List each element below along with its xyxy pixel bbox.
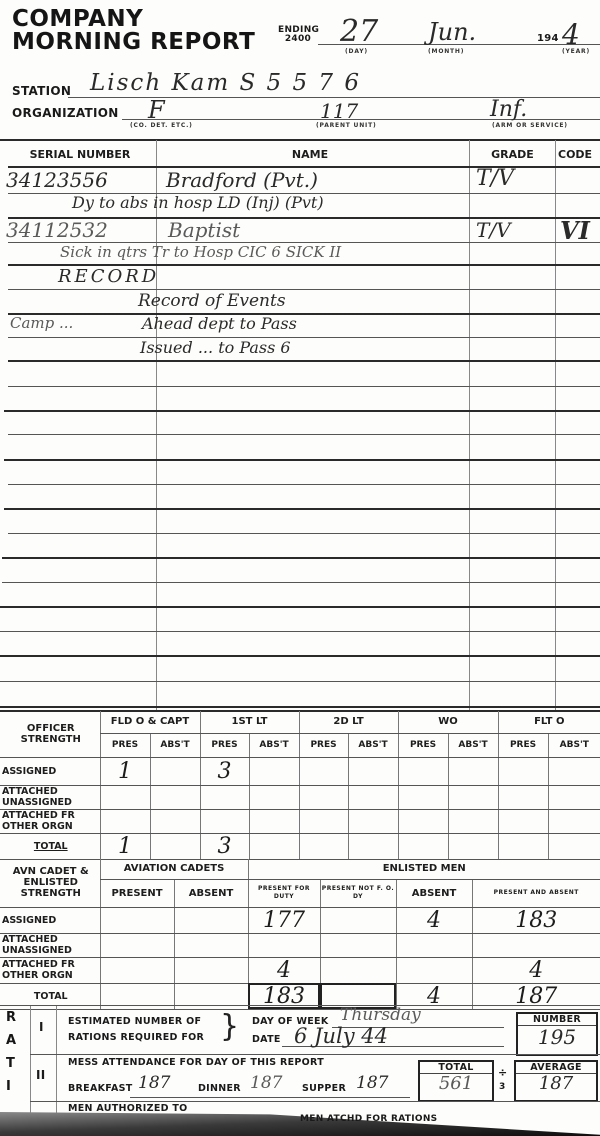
- day-of-week-value[interactable]: Thursday: [340, 1005, 421, 1025]
- subhead-pres: PRES: [398, 733, 448, 757]
- officer-strength-table: OFFICER STRENGTH FLD O & CAPT 1ST LT 2D …: [0, 711, 600, 860]
- enlisted-cell[interactable]: [320, 933, 396, 957]
- entry-1-serial[interactable]: 34123556: [6, 168, 108, 192]
- month-caption: (MONTH): [428, 48, 464, 55]
- rations-bottom-rule: [30, 1101, 600, 1102]
- men-authorized-label: MEN AUTHORIZED TO: [68, 1103, 188, 1114]
- row-label: TOTAL: [0, 833, 100, 859]
- officer-cell[interactable]: [398, 785, 448, 809]
- group-aviation-cadets: AVIATION CADETS: [100, 859, 248, 879]
- subhead-abst: ABS'T: [249, 733, 299, 757]
- enlisted-cell[interactable]: [320, 907, 396, 933]
- subhead-absent: ABSENT: [396, 879, 472, 907]
- breakfast-value[interactable]: 187: [138, 1073, 170, 1093]
- subhead-absent: ABSENT: [174, 879, 248, 907]
- ruled-line: [8, 313, 600, 315]
- divide-icon: ÷: [498, 1066, 508, 1079]
- parent-unit-caption: (PARENT UNIT): [316, 122, 377, 129]
- enlisted-cell[interactable]: [174, 933, 248, 957]
- officer-cell[interactable]: [548, 757, 600, 785]
- officer-cell[interactable]: 1: [100, 833, 150, 859]
- number-box: NUMBER 195: [516, 1012, 598, 1056]
- entry-3-serial[interactable]: 34112532: [6, 218, 108, 242]
- subhead-abst: ABS'T: [448, 733, 498, 757]
- officer-cell[interactable]: [398, 757, 448, 785]
- subhead-pres: PRES: [100, 733, 150, 757]
- arm-caption: (ARM OR SERVICE): [492, 122, 568, 129]
- officer-cell[interactable]: [348, 833, 398, 859]
- station-label: STATION: [12, 84, 71, 98]
- divider-grade-code: [555, 140, 556, 710]
- officer-cell[interactable]: [448, 833, 498, 859]
- officer-cell[interactable]: [249, 809, 299, 833]
- officer-cell[interactable]: [249, 785, 299, 809]
- total-box: TOTAL 561: [418, 1060, 494, 1102]
- officer-cell[interactable]: 3: [200, 833, 249, 859]
- row-label: ASSIGNED: [0, 907, 100, 933]
- enlisted-cell[interactable]: [396, 957, 472, 983]
- ruled-line: [8, 484, 600, 485]
- day-caption: (DAY): [345, 48, 368, 55]
- enlisted-cell[interactable]: 4: [472, 957, 600, 983]
- dinner-label: DINNER: [198, 1083, 241, 1094]
- officer-cell[interactable]: [150, 785, 200, 809]
- row-label: ATTACHED UNASSIGNED: [0, 933, 100, 957]
- entry-1-grade[interactable]: T/V: [476, 166, 514, 191]
- officer-cell[interactable]: [200, 809, 249, 833]
- officer-cell[interactable]: [299, 757, 348, 785]
- divider-serial-name: [156, 140, 157, 710]
- ruled-line: [8, 337, 600, 338]
- officer-cell[interactable]: [100, 785, 150, 809]
- entry-3-grade[interactable]: T/V: [476, 218, 511, 242]
- rations-letter-t: T: [6, 1056, 15, 1071]
- organization-label: ORGANIZATION: [12, 106, 119, 120]
- row-label: ATTACHED UNASSIGNED: [0, 785, 100, 809]
- group-flt-o: FLT O: [498, 711, 600, 733]
- enlisted-cell[interactable]: [100, 933, 174, 957]
- ruled-line: [4, 459, 600, 461]
- officer-cell[interactable]: [299, 809, 348, 833]
- enlisted-cell[interactable]: [100, 907, 174, 933]
- group-fld-o-capt: FLD O & CAPT: [100, 711, 200, 733]
- officer-cell[interactable]: [548, 833, 600, 859]
- subhead-abst: ABS'T: [548, 733, 600, 757]
- column-header-grade: GRADE: [470, 148, 555, 161]
- subhead-present-for-duty: PRESENT FOR DUTY: [248, 879, 320, 907]
- ruled-line: [8, 386, 600, 387]
- officer-cell[interactable]: [348, 785, 398, 809]
- officer-cell[interactable]: [348, 757, 398, 785]
- enlisted-cell[interactable]: [248, 933, 320, 957]
- ruled-line: [8, 533, 600, 534]
- ruled-line: [2, 582, 600, 583]
- entry-5-serial[interactable]: RECORD: [58, 266, 159, 287]
- subhead-pres: PRES: [498, 733, 548, 757]
- supper-label: SUPPER: [302, 1083, 346, 1094]
- ruled-line: [4, 410, 600, 412]
- officer-row-total: TOTAL 1 3: [0, 833, 600, 859]
- enlisted-row-assigned: ASSIGNED 177 4 183: [0, 907, 600, 933]
- enlisted-cell[interactable]: [174, 907, 248, 933]
- meals-underline: [130, 1097, 410, 1098]
- breakfast-label: BREAKFAST: [68, 1083, 133, 1094]
- entry-8-name[interactable]: Issued ... to Pass 6: [140, 338, 291, 357]
- officer-cell[interactable]: [200, 785, 249, 809]
- divisor: 3: [499, 1082, 506, 1092]
- rations-letter-a: A: [6, 1033, 16, 1048]
- officer-strength-title: OFFICER STRENGTH: [0, 711, 100, 757]
- enlisted-cell[interactable]: [100, 957, 174, 983]
- officer-cell[interactable]: [299, 833, 348, 859]
- top-rule: [0, 139, 600, 141]
- officer-cell[interactable]: [150, 833, 200, 859]
- group-1st-lt: 1ST LT: [200, 711, 299, 733]
- entry-3-code[interactable]: VI: [560, 216, 590, 245]
- officer-cell[interactable]: [448, 785, 498, 809]
- subhead-pres: PRES: [299, 733, 348, 757]
- report-day[interactable]: 27: [340, 14, 378, 49]
- officer-cell[interactable]: 1: [100, 757, 150, 785]
- officer-row-attached-other: ATTACHED FR OTHER ORGN: [0, 809, 600, 833]
- officer-row-attached-unassigned: ATTACHED UNASSIGNED: [0, 785, 600, 809]
- report-year[interactable]: 4: [562, 18, 580, 51]
- officer-cell[interactable]: [398, 833, 448, 859]
- enlisted-strength-table: AVN CADET & ENLISTED STRENGTH AVIATION C…: [0, 859, 600, 1010]
- mess-attendance-label: MESS ATTENDANCE FOR DAY OF THIS REPORT: [68, 1057, 324, 1068]
- dinner-value[interactable]: 187: [250, 1073, 282, 1093]
- rations-letter-i: I: [6, 1079, 11, 1094]
- report-month[interactable]: Jun.: [428, 18, 476, 46]
- rations-letter-r: R: [6, 1010, 16, 1025]
- officer-cell[interactable]: [299, 785, 348, 809]
- divider-name-grade: [469, 140, 470, 710]
- column-header-code: CODE: [558, 148, 600, 161]
- enlisted-cell[interactable]: [472, 933, 600, 957]
- column-header-serial: SERIAL NUMBER: [10, 148, 150, 161]
- subhead-abst: ABS'T: [150, 733, 200, 757]
- row-label: ASSIGNED: [0, 757, 100, 785]
- ruled-line: [4, 508, 600, 510]
- ruled-line: [2, 557, 600, 559]
- enlisted-strength-title: AVN CADET & ENLISTED STRENGTH: [0, 859, 100, 907]
- ruled-line: [0, 655, 600, 657]
- section-numeral-2: II: [36, 1068, 46, 1082]
- entry-3-name[interactable]: Baptist: [168, 218, 240, 242]
- subhead-abst: ABS'T: [348, 733, 398, 757]
- subhead-present-and-absent: PRESENT AND ABSENT: [472, 879, 600, 907]
- date-label: DATE: [252, 1034, 281, 1045]
- officer-cell[interactable]: [249, 757, 299, 785]
- organization-company[interactable]: F: [148, 96, 165, 124]
- form-title-line2: MORNING REPORT: [12, 29, 255, 55]
- ending-label-line2: 2400: [278, 35, 318, 44]
- column-header-name: NAME: [155, 148, 465, 161]
- officer-cell[interactable]: 3: [200, 757, 249, 785]
- ruled-line: [0, 606, 600, 608]
- enlisted-cell[interactable]: 177: [248, 907, 320, 933]
- total-value[interactable]: 561: [420, 1074, 492, 1094]
- year-prefix: 194: [537, 33, 559, 44]
- enlisted-cell[interactable]: 4: [248, 957, 320, 983]
- group-2d-lt: 2D LT: [299, 711, 398, 733]
- officer-cell[interactable]: [448, 757, 498, 785]
- average-box: AVERAGE 187: [514, 1060, 598, 1102]
- enlisted-cell[interactable]: [174, 957, 248, 983]
- enlisted-cell[interactable]: [396, 933, 472, 957]
- ruled-line: [8, 434, 600, 435]
- officer-cell[interactable]: [348, 809, 398, 833]
- station-value[interactable]: Lisch Kam S 5 5 7 6: [90, 70, 361, 96]
- enlisted-cell[interactable]: [320, 957, 396, 983]
- ruled-line: [8, 360, 600, 362]
- officer-cell[interactable]: [448, 809, 498, 833]
- officer-cell[interactable]: [498, 809, 548, 833]
- ending-label: ENDING 2400: [278, 26, 318, 44]
- enlisted-cell[interactable]: 4: [396, 907, 472, 933]
- officer-cell[interactable]: [249, 833, 299, 859]
- enlisted-row-attached-unassigned: ATTACHED UNASSIGNED: [0, 933, 600, 957]
- organization-parent-unit[interactable]: 117: [320, 99, 358, 123]
- ruled-line: [0, 706, 600, 708]
- entry-4-name[interactable]: Sick in qtrs Tr to Hosp CIC 6 SICK II: [60, 243, 341, 261]
- enlisted-row-attached-other: ATTACHED FR OTHER ORGN 4 4: [0, 957, 600, 983]
- officer-cell[interactable]: [150, 757, 200, 785]
- average-value[interactable]: 187: [516, 1074, 596, 1094]
- rations-date-value[interactable]: 6 July 44: [294, 1024, 388, 1048]
- officer-cell[interactable]: [398, 809, 448, 833]
- rations-top-rule: [0, 1005, 600, 1006]
- organization-arm[interactable]: Inf.: [490, 97, 527, 122]
- company-caption: (CO. DET. ETC.): [130, 122, 193, 129]
- brace-icon: }: [220, 1012, 239, 1042]
- supper-value[interactable]: 187: [356, 1073, 388, 1093]
- entry-6-name[interactable]: Record of Events: [138, 291, 286, 311]
- ruled-line: [0, 631, 600, 632]
- row-label: ATTACHED FR OTHER ORGN: [0, 957, 100, 983]
- group-enlisted-men: ENLISTED MEN: [248, 859, 600, 879]
- organization-underline: [122, 119, 600, 120]
- officer-cell[interactable]: [498, 757, 548, 785]
- group-wo: WO: [398, 711, 498, 733]
- section-numeral-1: I: [39, 1020, 44, 1034]
- year-caption: (YEAR): [562, 48, 590, 55]
- entry-7-serial[interactable]: Camp ...: [10, 314, 73, 332]
- subhead-present: PRESENT: [100, 879, 174, 907]
- enlisted-cell[interactable]: 183: [472, 907, 600, 933]
- subhead-present-not-for-duty: PRESENT NOT F. O. DY: [320, 879, 396, 907]
- officer-cell[interactable]: [498, 785, 548, 809]
- number-value[interactable]: 195: [518, 1026, 596, 1048]
- entry-1-name[interactable]: Bradford (Pvt.): [166, 168, 318, 192]
- rations-mid-rule: [30, 1054, 600, 1055]
- officer-cell[interactable]: [150, 809, 200, 833]
- officer-cell[interactable]: [498, 833, 548, 859]
- ruled-line: [8, 289, 600, 290]
- estimated-line2: RATIONS REQUIRED FOR: [68, 1032, 204, 1043]
- estimated-line1: ESTIMATED NUMBER OF: [68, 1016, 201, 1027]
- ruled-line: [0, 681, 600, 682]
- officer-row-assigned: ASSIGNED 1 3: [0, 757, 600, 785]
- subhead-pres: PRES: [200, 733, 249, 757]
- entry-7-name[interactable]: Ahead dept to Pass: [142, 314, 297, 333]
- men-atchd-label: MEN ATCHD FOR RATIONS: [300, 1114, 437, 1124]
- row-label: ATTACHED FR OTHER ORGN: [0, 809, 100, 833]
- entry-2-name[interactable]: Dy to abs in hosp LD (Inj) (Pvt): [72, 193, 324, 212]
- officer-cell[interactable]: [548, 785, 600, 809]
- officer-cell[interactable]: [548, 809, 600, 833]
- officer-cell[interactable]: [100, 809, 150, 833]
